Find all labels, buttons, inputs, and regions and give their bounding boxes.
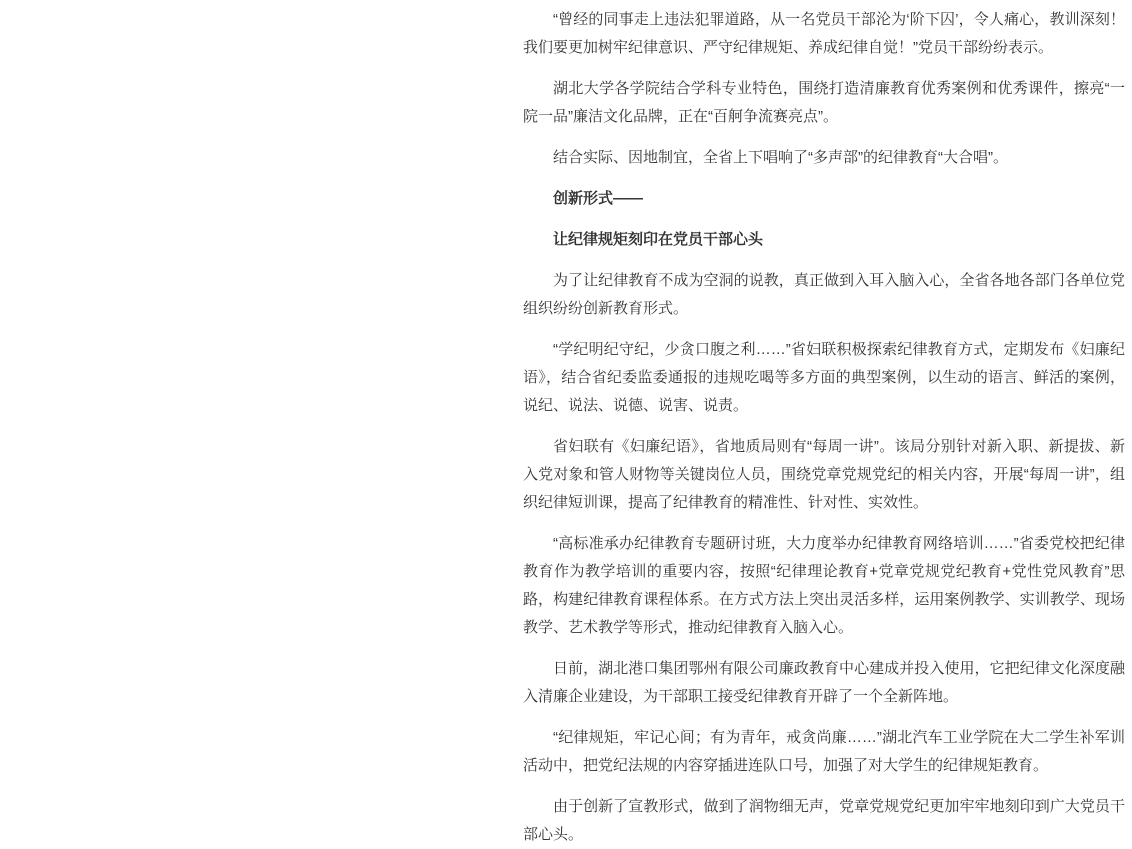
article-subheading: 创新形式—— bbox=[523, 185, 1125, 213]
article-paragraph: 为了让纪律教育不成为空洞的说教，真正做到入耳入脑入心，全省各地各部门各单位党组织… bbox=[523, 267, 1125, 323]
article-paragraph: “高标准承办纪律教育专题研讨班，大力度举办纪律教育网络培训……”省委党校把纪律教… bbox=[523, 530, 1125, 642]
article-paragraph: 日前，湖北港口集团鄂州有限公司廉政教育中心建成并投入使用，它把纪律文化深度融入清… bbox=[523, 655, 1125, 711]
article-paragraph: “学纪明纪守纪，少贪口腹之利……”省妇联积极探索纪律教育方式，定期发布《妇廉纪语… bbox=[523, 336, 1125, 420]
article-paragraph: 湖北大学各学院结合学科专业特色，围绕打造清廉教育优秀案例和优秀课件，擦亮“一院一… bbox=[523, 75, 1125, 131]
article-paragraph: 由于创新了宣教形式，做到了润物细无声，党章党规党纪更加牢牢地刻印到广大党员干部心… bbox=[523, 793, 1125, 849]
article-paragraph: 省妇联有《妇廉纪语》，省地质局则有“每周一讲”。该局分别针对新入职、新提拔、新入… bbox=[523, 433, 1125, 517]
article-subheading: 让纪律规矩刻印在党员干部心头 bbox=[523, 226, 1125, 254]
article-paragraph: 结合实际、因地制宜，全省上下唱响了“多声部”的纪律教育“大合唱”。 bbox=[523, 144, 1125, 172]
article-paragraph: “曾经的同事走上违法犯罪道路，从一名党员干部沦为‘阶下囚’，令人痛心，教训深刻！… bbox=[523, 6, 1125, 62]
article-body: “曾经的同事走上违法犯罪道路，从一名党员干部沦为‘阶下囚’，令人痛心，教训深刻！… bbox=[523, 6, 1125, 849]
article-paragraph: “纪律规矩，牢记心间；有为青年，戒贪尚廉……”湖北汽车工业学院在大二学生补军训活… bbox=[523, 724, 1125, 780]
